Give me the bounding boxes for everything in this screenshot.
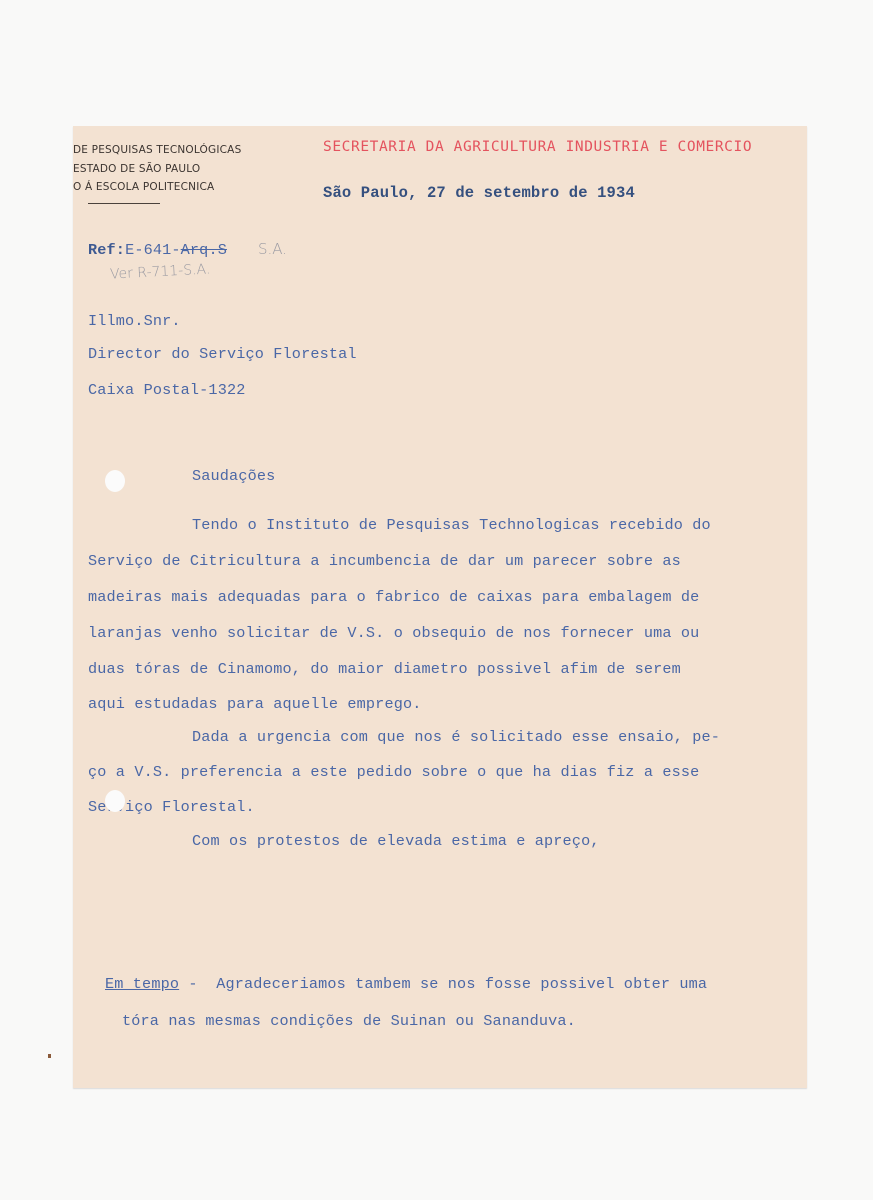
handwritten-suffix: S.A. [258, 240, 287, 258]
addressee-position: Director do Serviço Florestal [88, 345, 357, 363]
postscript-line-1: Em tempo - Agradeceriamos tambem se nos … [105, 975, 707, 993]
paper-speck [48, 1054, 51, 1058]
body-p2-line-2: ço a V.S. preferencia a este pedido sobr… [88, 763, 699, 781]
body-p2-line-1: Dada a urgencia com que nos é solicitado… [192, 728, 720, 746]
letterhead-divider [88, 203, 160, 204]
punch-hole-top [105, 470, 125, 492]
punch-hole-bottom [105, 790, 125, 812]
body-p1-line-1: Tendo o Instituto de Pesquisas Technolog… [192, 516, 711, 534]
letter-date: São Paulo, 27 de setembro de 1934 [323, 184, 635, 202]
closing: Com os protestos de elevada estima e apr… [192, 832, 600, 850]
body-p1-line-6: aqui estudadas para aquelle emprego. [88, 695, 422, 713]
reference-code: E-641- [125, 241, 181, 259]
letterhead-line-2: ESTADO DE SÃO PAULO [73, 163, 200, 175]
greeting: Saudações [192, 467, 275, 485]
addressee-title: Illmo.Snr. [88, 312, 181, 330]
postscript-separator: - [179, 975, 216, 993]
secretaria-heading: SECRETARIA DA AGRICULTURA INDUSTRIA E CO… [323, 139, 752, 155]
body-p1-line-5: duas tóras de Cinamomo, do maior diametr… [88, 660, 681, 678]
postscript-text-1: Agradeceriamos tambem se nos fosse possi… [216, 975, 707, 993]
reference-line: Ref:E-641-Arq.S [88, 241, 227, 259]
letterhead-line-3: O Á ESCOLA POLITECNICA [73, 181, 214, 193]
postscript-label: Em tempo [105, 975, 179, 993]
reference-struck: Arq.S [181, 241, 227, 259]
body-p1-line-2: Serviço de Citricultura a incumbencia de… [88, 552, 681, 570]
addressee-address: Caixa Postal-1322 [88, 381, 246, 399]
reference-label: Ref: [88, 241, 125, 259]
body-p1-line-3: madeiras mais adequadas para o fabrico d… [88, 588, 699, 606]
body-p1-line-4: laranjas venho solicitar de V.S. o obseq… [88, 624, 699, 642]
letterhead-line-1: DE PESQUISAS TECNOLÓGICAS [73, 144, 241, 156]
postscript-line-2: tóra nas mesmas condições de Suinan ou S… [122, 1012, 576, 1030]
